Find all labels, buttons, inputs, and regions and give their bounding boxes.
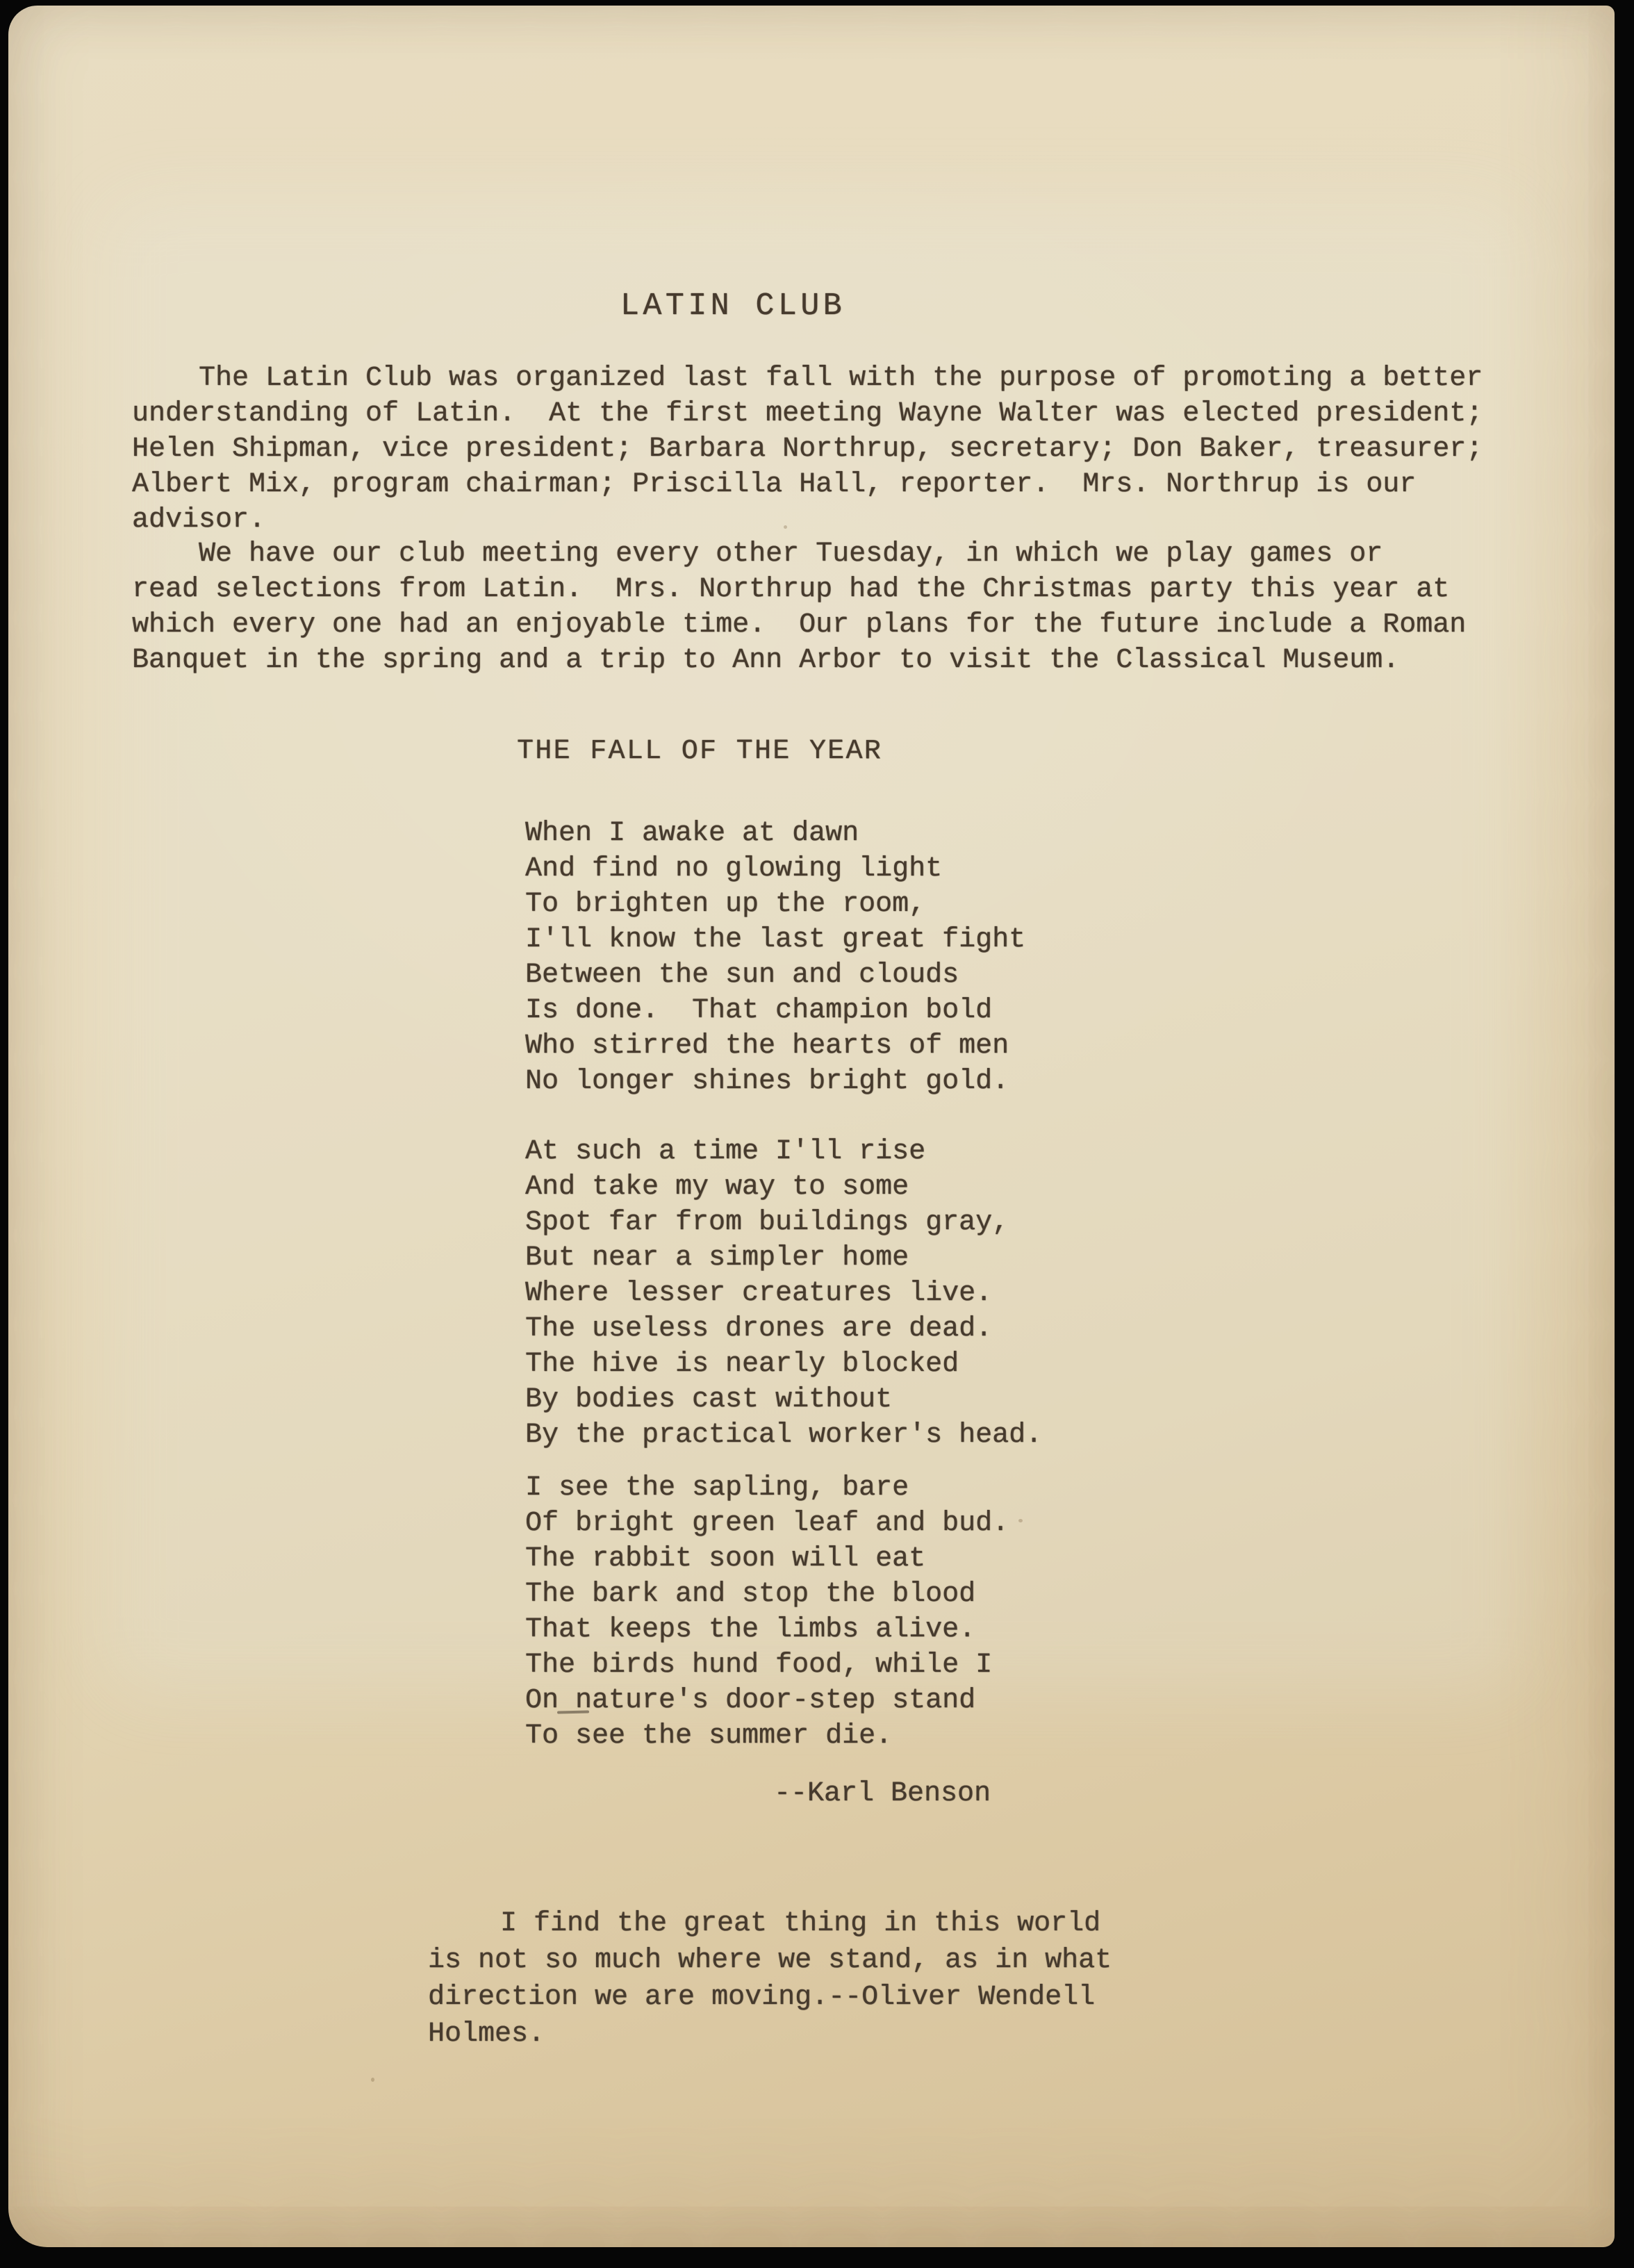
closing-quote: I find the great thing in this world is … <box>428 1905 1112 2053</box>
club-paragraph-1: The Latin Club was organized last fall w… <box>132 361 1483 538</box>
poem-line: And take my way to some <box>525 1169 1042 1205</box>
paragraph-line: The Latin Club was organized last fall w… <box>132 361 1483 396</box>
paragraph-line: which every one had an enjoyable time. O… <box>132 607 1466 643</box>
poem-line: The rabbit soon will eat <box>525 1541 1009 1577</box>
quote-line: I find the great thing in this world <box>428 1905 1112 1942</box>
poem-line: On nature's door-step stand <box>525 1683 1009 1718</box>
paragraph-line: read selections from Latin. Mrs. Northru… <box>132 572 1466 607</box>
club-paragraph-2: We have our club meeting every other Tue… <box>132 536 1466 678</box>
poem-line: The bark and stop the blood <box>525 1577 1009 1612</box>
paragraph-line: understanding of Latin. At the first mee… <box>132 396 1483 432</box>
poem-line: When I awake at dawn <box>525 816 1025 851</box>
quote-line: direction we are moving.--Oliver Wendell <box>428 1979 1112 2016</box>
poem-line: Who stirred the hearts of men <box>525 1028 1025 1064</box>
poem-line: By bodies cast without <box>525 1382 1042 1417</box>
paragraph-line: Albert Mix, program chairman; Priscilla … <box>132 467 1483 502</box>
poem-stanza-2: At such a time I'll rise And take my way… <box>525 1134 1042 1453</box>
poem-stanza-3: I see the sapling, bare Of bright green … <box>525 1470 1009 1754</box>
poem-line: By the practical worker's head. <box>525 1417 1042 1453</box>
poem-line: Spot far from buildings gray, <box>525 1205 1042 1240</box>
poem-line: At such a time I'll rise <box>525 1134 1042 1169</box>
poem-line: To brighten up the room, <box>525 887 1025 922</box>
poem-title: THE FALL OF THE YEAR <box>517 734 882 770</box>
poem-line: I see the sapling, bare <box>525 1470 1009 1506</box>
poem-line: But near a simpler home <box>525 1240 1042 1276</box>
poem-stanza-1: When I awake at dawn And find no glowing… <box>525 816 1025 1099</box>
poem-line: To see the summer die. <box>525 1718 1009 1754</box>
poem-line: Of bright green leaf and bud. <box>525 1506 1009 1541</box>
poem-line: And find no glowing light <box>525 851 1025 887</box>
paper-speck <box>784 525 787 529</box>
quote-line: is not so much where we stand, as in wha… <box>428 1942 1112 1979</box>
poem-line: The hive is nearly blocked <box>525 1347 1042 1382</box>
paragraph-line: advisor. <box>132 502 1483 538</box>
paragraph-line: We have our club meeting every other Tue… <box>132 536 1466 572</box>
poem-attribution: --Karl Benson <box>774 1776 991 1812</box>
quote-line: Holmes. <box>428 2016 1112 2053</box>
paragraph-line: Helen Shipman, vice president; Barbara N… <box>132 432 1483 467</box>
paragraph-line: Banquet in the spring and a trip to Ann … <box>132 643 1466 678</box>
poem-line: No longer shines bright gold. <box>525 1064 1025 1099</box>
poem-line: Where lesser creatures live. <box>525 1276 1042 1311</box>
page-content: LATIN CLUB The Latin Club was organized … <box>0 0 1634 2268</box>
section-title: LATIN CLUB <box>620 288 845 325</box>
scanned-photo: LATIN CLUB The Latin Club was organized … <box>0 0 1634 2268</box>
paper-speck <box>1018 1519 1023 1522</box>
poem-line: The useless drones are dead. <box>525 1311 1042 1347</box>
poem-line: The birds hund food, while I <box>525 1647 1009 1683</box>
poem-line: Is done. That champion bold <box>525 993 1025 1028</box>
poem-line: That keeps the limbs alive. <box>525 1612 1009 1647</box>
paper-speck <box>371 2078 374 2082</box>
poem-line: Between the sun and clouds <box>525 958 1025 993</box>
poem-line: I'll know the last great fight <box>525 922 1025 958</box>
